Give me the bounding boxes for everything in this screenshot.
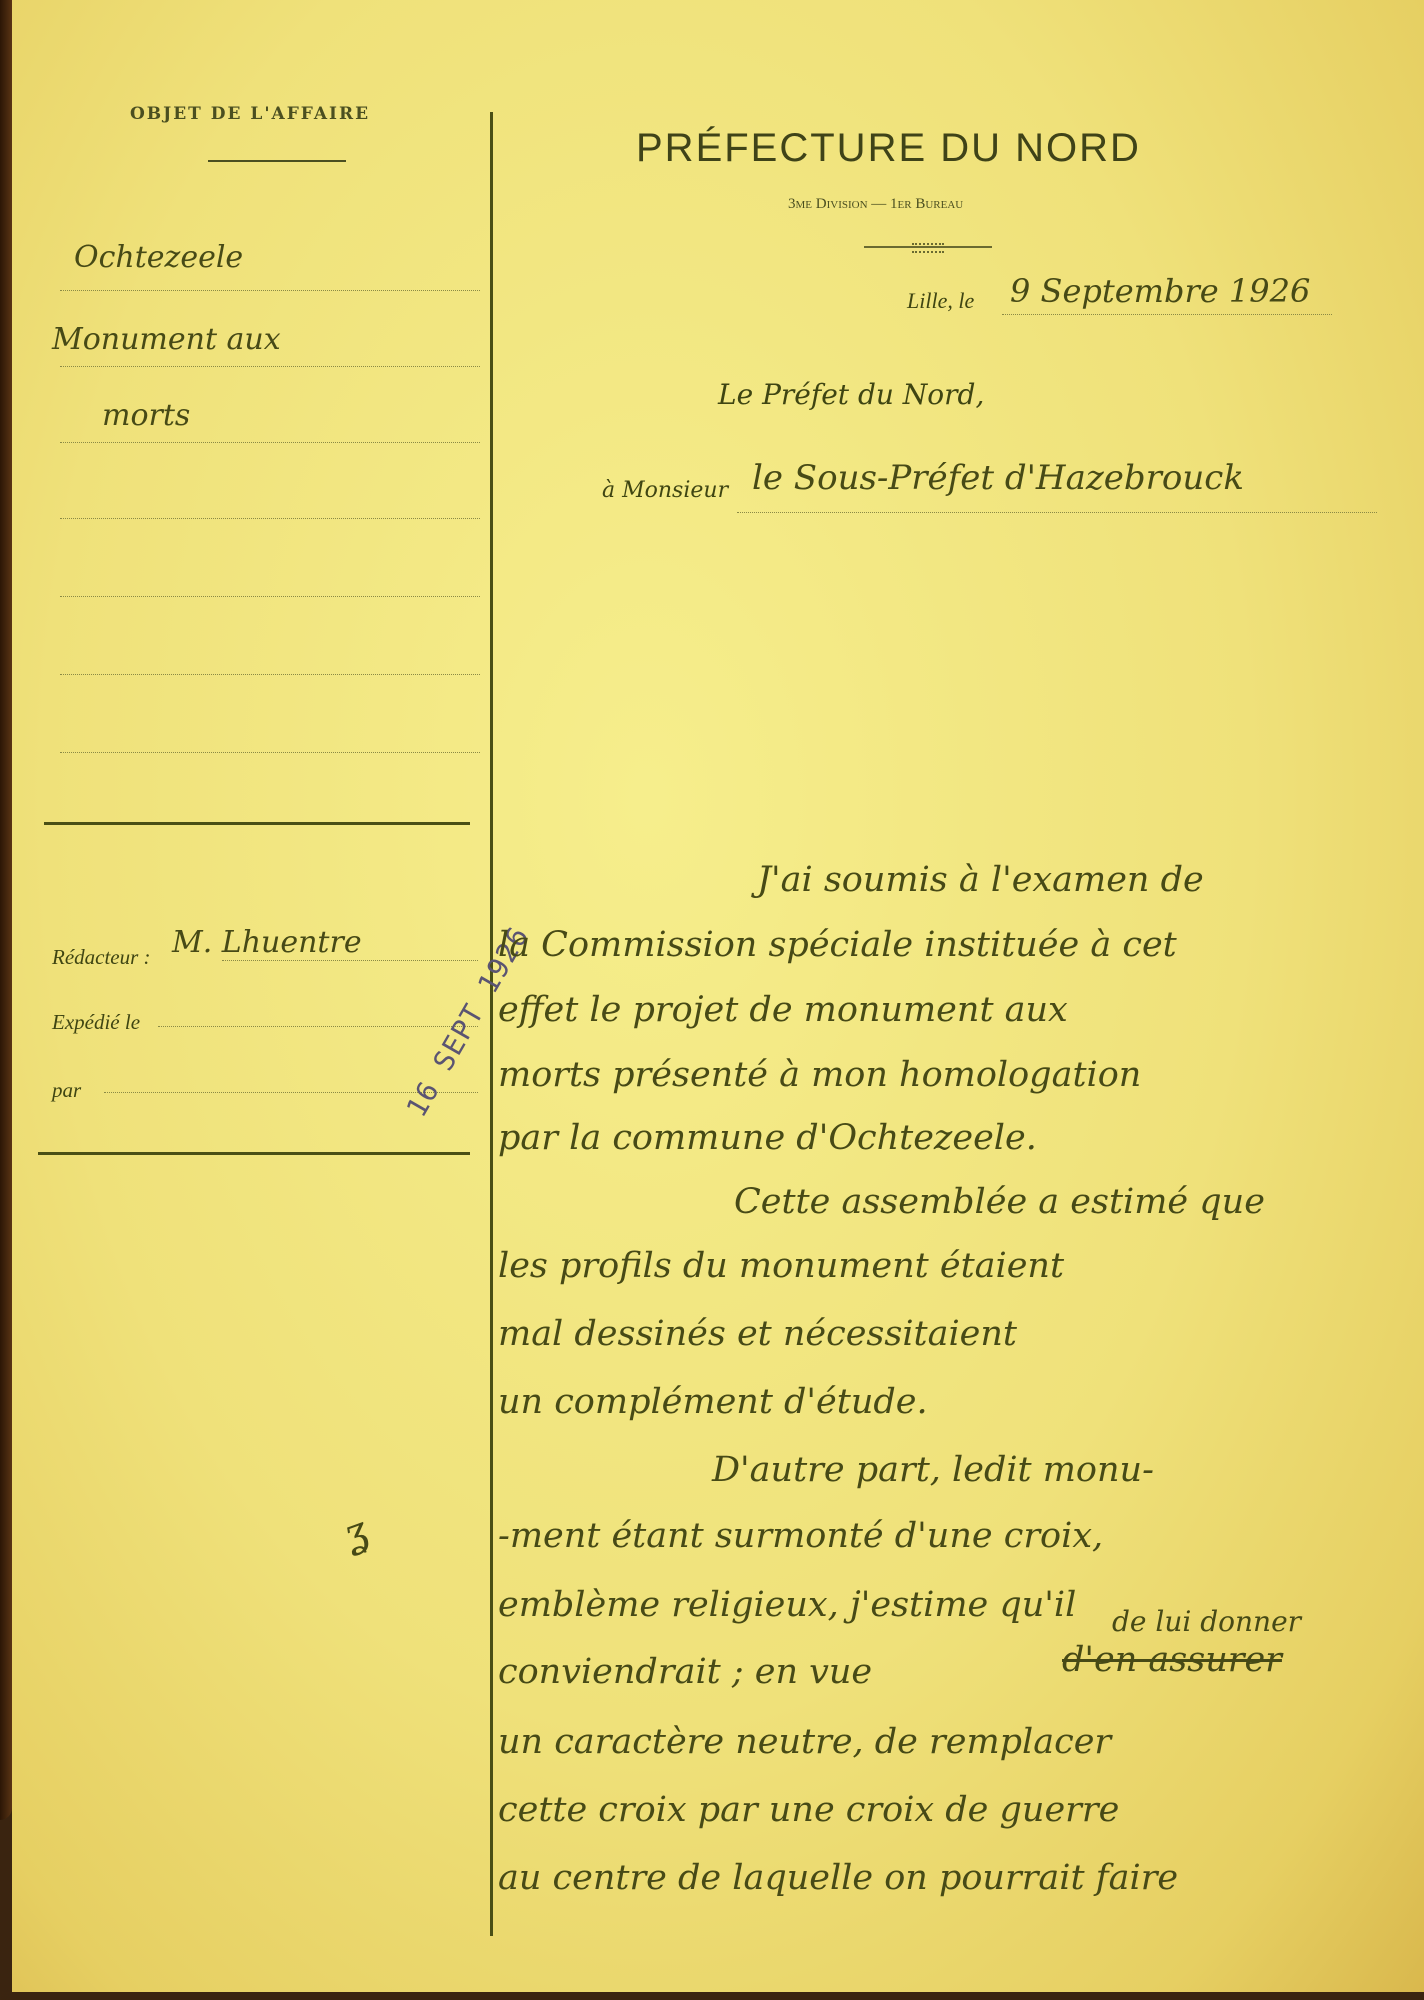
body-line-6: Cette assemblée a estimé que [734,1182,1265,1222]
expedie-dotted-line [158,1026,478,1027]
objet-dotted-line [60,442,480,443]
objet-dotted-line [60,674,480,675]
objet-dotted-line [60,518,480,519]
objet-dotted-line [60,596,480,597]
body-line-7: les profils du monument étaient [498,1246,1064,1286]
body-line-2: la Commission spéciale instituée à cet [498,925,1177,965]
body-line-11: -ment étant surmonté d'une croix, [498,1516,1103,1556]
body-line-3: effet le projet de monument aux [498,990,1068,1030]
date-dotted-line [1002,314,1332,315]
objet-line-1: Ochtezeele [74,240,243,275]
struck-words: d'en assurer [1062,1640,1282,1680]
redacteur-label: Rédacteur : [52,945,151,970]
prefecture-title: PRÉFECTURE DU NORD [636,126,1141,171]
letter-date: 9 Septembre 1926 [1010,272,1310,310]
sender: Le Préfet du Nord, [718,378,984,411]
redacteur-value: M. Lhuentre [172,925,362,960]
redacteur-dotted-line [222,960,478,961]
objet-line-3: morts [102,398,190,433]
body-line-5: par la commune d'Ochtezeele. [498,1118,1037,1158]
document-page: OBJET DE L'AFFAIRE Ochtezeele Monument a… [12,0,1424,1992]
section-rule [38,1152,470,1155]
body-line-10: D'autre part, ledit monu- [712,1450,1154,1490]
margin-mark: ʓ [337,1508,374,1559]
objet-heading: OBJET DE L'AFFAIRE [130,104,370,124]
body-line-16: au centre de laquelle on pourrait faire [498,1858,1178,1898]
objet-dotted-line [60,366,480,367]
ornament-divider [864,246,992,248]
par-label: par [52,1078,81,1103]
heading-rule [208,160,346,162]
body-line-13: conviendrait ; en vue [498,1652,872,1692]
column-divider [490,112,493,1936]
objet-dotted-line [60,752,480,753]
body-line-15: cette croix par une croix de guerre [498,1790,1119,1830]
objet-line-2: Monument aux [52,322,281,357]
recipient: le Sous-Préfet d'Hazebrouck [752,458,1244,498]
recipient-label: à Monsieur [602,478,728,503]
place-label: Lille, le [907,288,974,314]
body-line-8: mal dessinés et nécessitaient [498,1314,1017,1354]
body-line-4: morts présenté à mon homologation [498,1055,1141,1095]
body-line-14: un caractère neutre, de remplacer [498,1722,1111,1762]
expedie-label: Expédié le [52,1010,140,1035]
page-bottom-edge [0,1992,1424,2000]
recipient-dotted-line [737,512,1377,513]
objet-dotted-line [60,290,480,291]
body-line-12: emblème religieux, j'estime qu'il [498,1585,1076,1625]
binder-spine [0,0,12,1820]
inserted-words: de lui donner [1112,1605,1301,1638]
body-line-9: un complément d'étude. [498,1382,928,1422]
section-rule [44,822,470,825]
body-line-1: J'ai soumis à l'examen de [757,860,1204,900]
division-bureau: 3me Division — 1er Bureau [788,196,963,213]
